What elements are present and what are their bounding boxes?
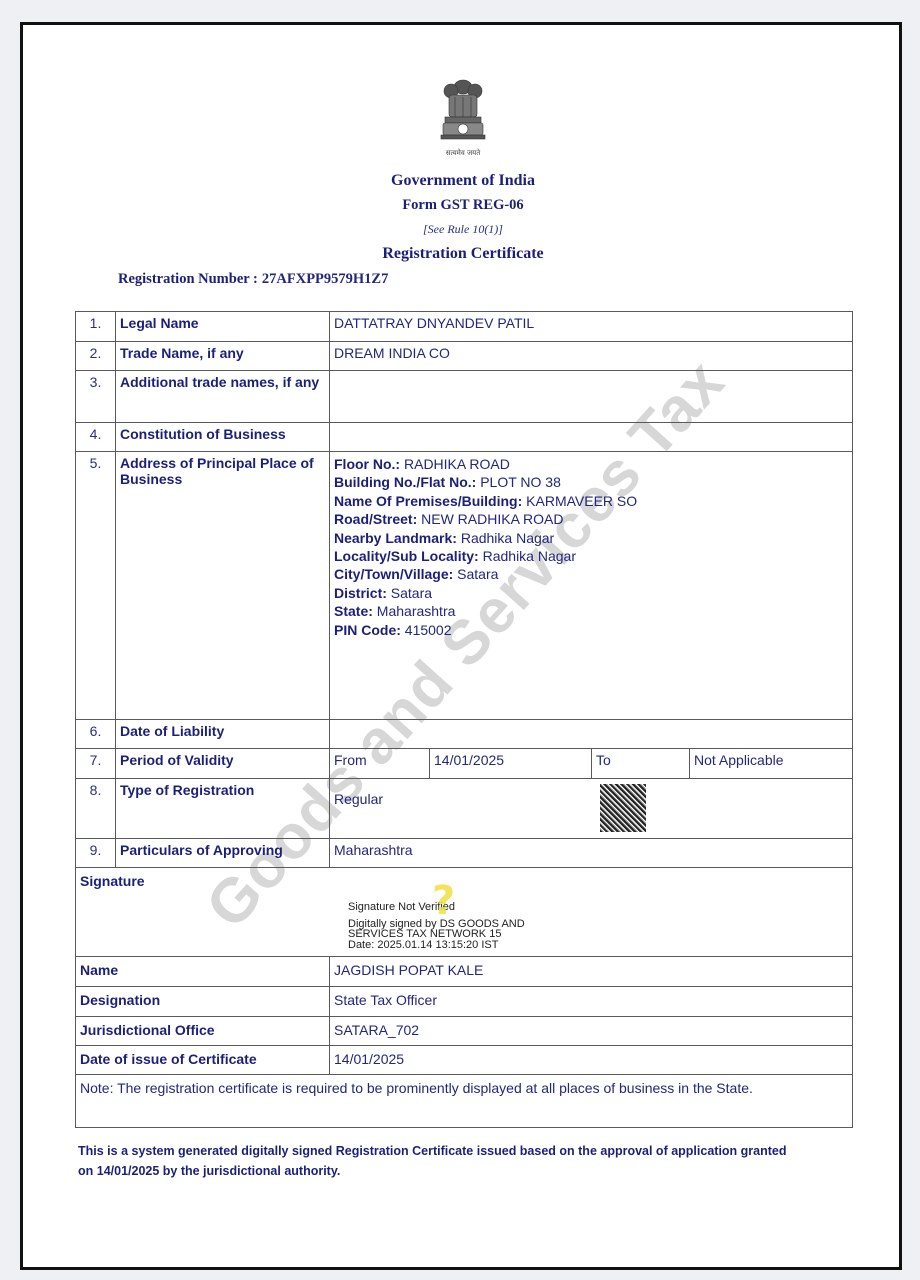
footer-line-2: on 14/01/2025 by the jurisdictional auth… xyxy=(78,1161,858,1181)
qr-cell xyxy=(592,779,853,839)
system-generated-footer: This is a system generated digitally sig… xyxy=(78,1141,858,1181)
signature-line-2: SERVICES TAX NETWORK 15 xyxy=(348,929,525,940)
date-of-liability-value xyxy=(330,720,853,749)
emblem-motto: सत्यमेव जयते xyxy=(403,149,523,158)
row-label: Trade Name, if any xyxy=(116,342,330,371)
row-number: 9. xyxy=(76,839,116,868)
address-floor: Floor No.: RADHIKA ROAD xyxy=(334,455,848,473)
table-row: 6. Date of Liability xyxy=(76,720,853,749)
table-row: Name JAGDISH POPAT KALE xyxy=(76,957,853,987)
row-number: 7. xyxy=(76,749,116,779)
row-label: Date of Liability xyxy=(116,720,330,749)
row-label: Address of Principal Place of Business xyxy=(116,452,330,720)
approving-value: Maharashtra xyxy=(330,839,853,868)
row-number: 2. xyxy=(76,342,116,371)
address-building: Building No./Flat No.: PLOT NO 38 xyxy=(334,473,848,491)
address-value: Floor No.: RADHIKA ROAD Building No./Fla… xyxy=(330,452,853,720)
address-district: District: Satara xyxy=(334,584,848,602)
signature-label: Signature xyxy=(80,873,284,889)
validity-to-value: Not Applicable xyxy=(690,749,853,779)
table-row: 5. Address of Principal Place of Busines… xyxy=(76,452,853,720)
address-landmark: Nearby Landmark: Radhika Nagar xyxy=(334,529,848,547)
signature-unverified-icon[interactable]: ? xyxy=(432,896,455,907)
jurisdictional-office-label: Jurisdictional Office xyxy=(76,1017,330,1046)
signature-cell: Signature Signature Not Verified Digital… xyxy=(76,868,853,957)
table-row: Date of issue of Certificate 14/01/2025 xyxy=(76,1046,853,1075)
table-row: Jurisdictional Office SATARA_702 xyxy=(76,1017,853,1046)
note-row: Note: The registration certificate is re… xyxy=(76,1075,853,1128)
validity-from-value: 14/01/2025 xyxy=(430,749,592,779)
row-number: 8. xyxy=(76,779,116,839)
rule-reference: [See Rule 10(1)] xyxy=(3,222,920,237)
table-row: 4. Constitution of Business xyxy=(76,423,853,452)
row-number: 6. xyxy=(76,720,116,749)
registration-type-value: Regular xyxy=(330,779,592,839)
row-number: 3. xyxy=(76,371,116,423)
form-heading: Form GST REG-06 xyxy=(3,197,920,214)
row-label: Type of Registration xyxy=(116,779,330,839)
certificate-page: सत्यमेव जयते Government of India Form GS… xyxy=(20,22,902,1270)
issue-date-label: Date of issue of Certificate xyxy=(76,1046,330,1075)
row-number: 1. xyxy=(76,312,116,342)
validity-to-label: To xyxy=(592,749,690,779)
row-label: Particulars of Approving xyxy=(116,839,330,868)
address-road: Road/Street: NEW RADHIKA ROAD xyxy=(334,510,848,528)
designation-value: State Tax Officer xyxy=(330,987,853,1017)
legal-name-value: DATTATRAY DNYANDEV PATIL xyxy=(330,312,853,342)
display-note: Note: The registration certificate is re… xyxy=(76,1075,853,1128)
footer-line-1: This is a system generated digitally sig… xyxy=(78,1141,858,1161)
certificate-title: Registration Certificate xyxy=(3,245,920,263)
signature-row: Signature Signature Not Verified Digital… xyxy=(76,868,853,957)
row-label: Additional trade names, if any xyxy=(116,371,330,423)
address-city: City/Town/Village: Satara xyxy=(334,565,848,583)
registration-number-value: 27AFXPP9579H1Z7 xyxy=(262,271,388,287)
address-pin: PIN Code: 415002 xyxy=(334,621,848,639)
table-row: 1. Legal Name DATTATRAY DNYANDEV PATIL xyxy=(76,312,853,342)
officer-name-value: JAGDISH POPAT KALE xyxy=(330,957,853,987)
address-state: State: Maharashtra xyxy=(334,602,848,620)
row-label: Period of Validity xyxy=(116,749,330,779)
registration-number-label: Registration Number : xyxy=(118,271,258,287)
constitution-value xyxy=(330,423,853,452)
certificate-table: 1. Legal Name DATTATRAY DNYANDEV PATIL 2… xyxy=(75,311,853,1128)
address-locality: Locality/Sub Locality: Radhika Nagar xyxy=(334,547,848,565)
digital-signature-block: Signature Not Verified Digitally signed … xyxy=(348,902,525,950)
row-number: 4. xyxy=(76,423,116,452)
qr-code-icon xyxy=(600,784,646,832)
government-heading: Government of India xyxy=(3,172,920,190)
row-number: 5. xyxy=(76,452,116,720)
registration-number: Registration Number :27AFXPP9579H1Z7 xyxy=(118,271,388,288)
signature-line-3: Date: 2025.01.14 13:15:20 IST xyxy=(348,940,525,951)
table-row: 8. Type of Registration Regular xyxy=(76,779,853,839)
table-row: 9. Particulars of Approving Maharashtra xyxy=(76,839,853,868)
designation-label: Designation xyxy=(76,987,330,1017)
table-row: 7. Period of Validity From 14/01/2025 To… xyxy=(76,749,853,779)
row-label: Legal Name xyxy=(116,312,330,342)
officer-name-label: Name xyxy=(76,957,330,987)
row-label: Constitution of Business xyxy=(116,423,330,452)
table-row: 3. Additional trade names, if any xyxy=(76,371,853,423)
table-row: Designation State Tax Officer xyxy=(76,987,853,1017)
jurisdictional-office-value: SATARA_702 xyxy=(330,1017,853,1046)
validity-from-label: From xyxy=(330,749,430,779)
national-emblem-icon xyxy=(437,77,489,149)
address-premises: Name Of Premises/Building: KARMAVEER SO xyxy=(334,492,848,510)
table-row: 2. Trade Name, if any DREAM INDIA CO xyxy=(76,342,853,371)
additional-trade-names-value xyxy=(330,371,853,423)
issue-date-value: 14/01/2025 xyxy=(330,1046,853,1075)
trade-name-value: DREAM INDIA CO xyxy=(330,342,853,371)
